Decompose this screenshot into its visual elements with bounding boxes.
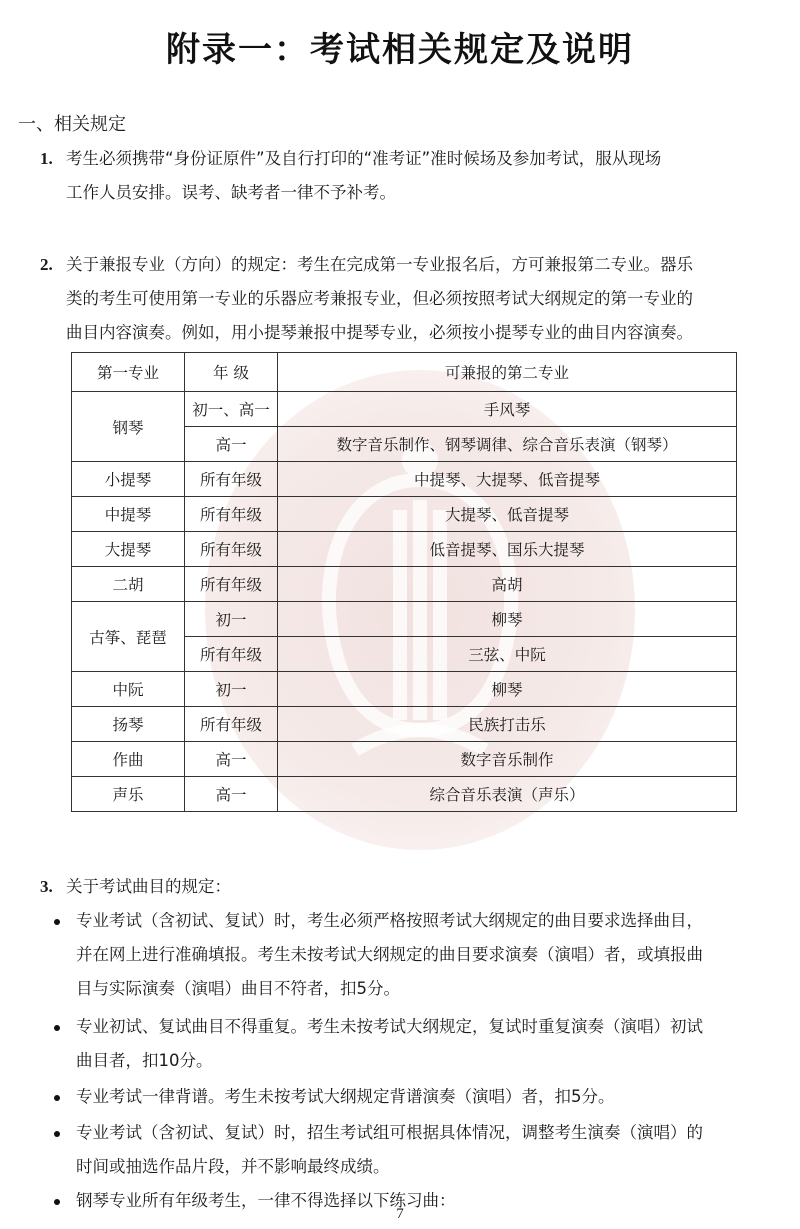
cell-second: 数字音乐制作、钢琴调律、综合音乐表演（钢琴） [278,427,737,462]
cell-second: 数字音乐制作 [278,742,737,777]
cell-second: 三弦、中阮 [278,637,737,672]
bullet-item: 专业初试、复试曲目不得重复。考生未按考试大纲规定，复试时重复演奏（演唱）初试 曲… [58,1010,778,1078]
header-first-major: 第一专业 [72,353,185,392]
cell-grade: 所有年级 [185,637,278,672]
cell-major: 中提琴 [72,497,185,532]
table-row: 古筝、琵琶 初一 柳琴 [72,602,737,637]
cell-grade: 初一、高一 [185,392,278,427]
page-number: 7 [0,1206,800,1223]
cell-grade: 所有年级 [185,707,278,742]
bullet-line: 时间或抽选作品片段，并不影响最终成绩。 [58,1150,778,1184]
cell-grade: 所有年级 [185,532,278,567]
header-grade: 年 级 [185,353,278,392]
rule-1: 1.考生必须携带“身份证原件”及自行打印的“准考证”准时候场及参加考试，服从现场… [40,142,770,210]
table-row: 中提琴 所有年级 大提琴、低音提琴 [72,497,737,532]
cell-grade: 所有年级 [185,567,278,602]
bullet-dot-icon [54,1131,60,1137]
table-row: 声乐 高一 综合音乐表演（声乐） [72,777,737,812]
bullet-line: 专业考试（含初试、复试）时，招生考试组可根据具体情况，调整考生演奏（演唱）的 [58,1116,778,1150]
cell-major: 大提琴 [72,532,185,567]
cell-major: 二胡 [72,567,185,602]
cell-major: 声乐 [72,777,185,812]
bullet-item: 专业考试（含初试、复试）时，考生必须严格按照考试大纲规定的曲目要求选择曲目， 并… [58,904,778,1006]
rule-line: 曲目内容演奏。例如，用小提琴兼报中提琴专业，必须按小提琴专业的曲目内容演奏。 [40,316,770,350]
second-major-table: 第一专业 年 级 可兼报的第二专业 钢琴 初一、高一 手风琴 高一 数字音乐制作… [71,352,737,812]
cell-major: 古筝、琵琶 [72,602,185,672]
cell-grade: 初一 [185,672,278,707]
bullet-item: 专业考试（含初试、复试）时，招生考试组可根据具体情况，调整考生演奏（演唱）的 时… [58,1116,778,1184]
table-row: 扬琴 所有年级 民族打击乐 [72,707,737,742]
table-row: 作曲 高一 数字音乐制作 [72,742,737,777]
table-row: 二胡 所有年级 高胡 [72,567,737,602]
cell-major: 小提琴 [72,462,185,497]
table-row: 小提琴 所有年级 中提琴、大提琴、低音提琴 [72,462,737,497]
cell-grade: 所有年级 [185,462,278,497]
cell-second: 综合音乐表演（声乐） [278,777,737,812]
bullet-item: 专业考试一律背谱。考生未按考试大纲规定背谱演奏（演唱）者，扣5分。 [58,1080,778,1114]
cell-major: 钢琴 [72,392,185,462]
cell-second: 大提琴、低音提琴 [278,497,737,532]
page-title: 附录一：考试相关规定及说明 [0,22,800,71]
rule-line: 关于考试曲目的规定： [66,877,231,896]
cell-second: 中提琴、大提琴、低音提琴 [278,462,737,497]
rule-line: 关于兼报专业（方向）的规定：考生在完成第一专业报名后，方可兼报第二专业。器乐 [66,255,693,274]
section-heading: 一、相关规定 [18,110,126,136]
bullet-dot-icon [54,919,60,925]
table-row: 钢琴 初一、高一 手风琴 [72,392,737,427]
rule-3: 3.关于考试曲目的规定： [40,870,770,904]
bullet-line: 并在网上进行准确填报。考生未按考试大纲规定的曲目要求演奏（演唱）者，或填报曲 [58,938,778,972]
cell-second: 高胡 [278,567,737,602]
cell-major: 扬琴 [72,707,185,742]
rule-2: 2.关于兼报专业（方向）的规定：考生在完成第一专业报名后，方可兼报第二专业。器乐… [40,248,770,350]
cell-major: 作曲 [72,742,185,777]
rule-line: 工作人员安排。误考、缺考者一律不予补考。 [40,176,770,210]
bullet-line: 曲目者，扣10分。 [58,1044,778,1078]
cell-second: 民族打击乐 [278,707,737,742]
bullet-dot-icon [54,1199,60,1205]
table-row: 中阮 初一 柳琴 [72,672,737,707]
cell-grade: 初一 [185,602,278,637]
bullet-line: 专业初试、复试曲目不得重复。考生未按考试大纲规定，复试时重复演奏（演唱）初试 [58,1010,778,1044]
cell-second: 柳琴 [278,672,737,707]
cell-second: 低音提琴、国乐大提琴 [278,532,737,567]
cell-grade: 所有年级 [185,497,278,532]
bullet-line: 专业考试一律背谱。考生未按考试大纲规定背谱演奏（演唱）者，扣5分。 [58,1080,778,1114]
cell-grade: 高一 [185,427,278,462]
cell-grade: 高一 [185,742,278,777]
table-header-row: 第一专业 年 级 可兼报的第二专业 [72,353,737,392]
bullet-line: 目与实际演奏（演唱）曲目不符者，扣5分。 [58,972,778,1006]
bullet-line: 专业考试（含初试、复试）时，考生必须严格按照考试大纲规定的曲目要求选择曲目， [58,904,778,938]
rule-number: 3. [40,870,66,904]
cell-grade: 高一 [185,777,278,812]
bullet-dot-icon [54,1025,60,1031]
header-second-major: 可兼报的第二专业 [278,353,737,392]
bullet-dot-icon [54,1095,60,1101]
cell-major: 中阮 [72,672,185,707]
cell-second: 手风琴 [278,392,737,427]
table-row: 大提琴 所有年级 低音提琴、国乐大提琴 [72,532,737,567]
rule-line: 考生必须携带“身份证原件”及自行打印的“准考证”准时候场及参加考试，服从现场 [66,149,661,168]
rule-number: 2. [40,248,66,282]
rule-line: 类的考生可使用第一专业的乐器应考兼报专业，但必须按照考试大纲规定的第一专业的 [40,282,770,316]
rule-number: 1. [40,142,66,176]
cell-second: 柳琴 [278,602,737,637]
